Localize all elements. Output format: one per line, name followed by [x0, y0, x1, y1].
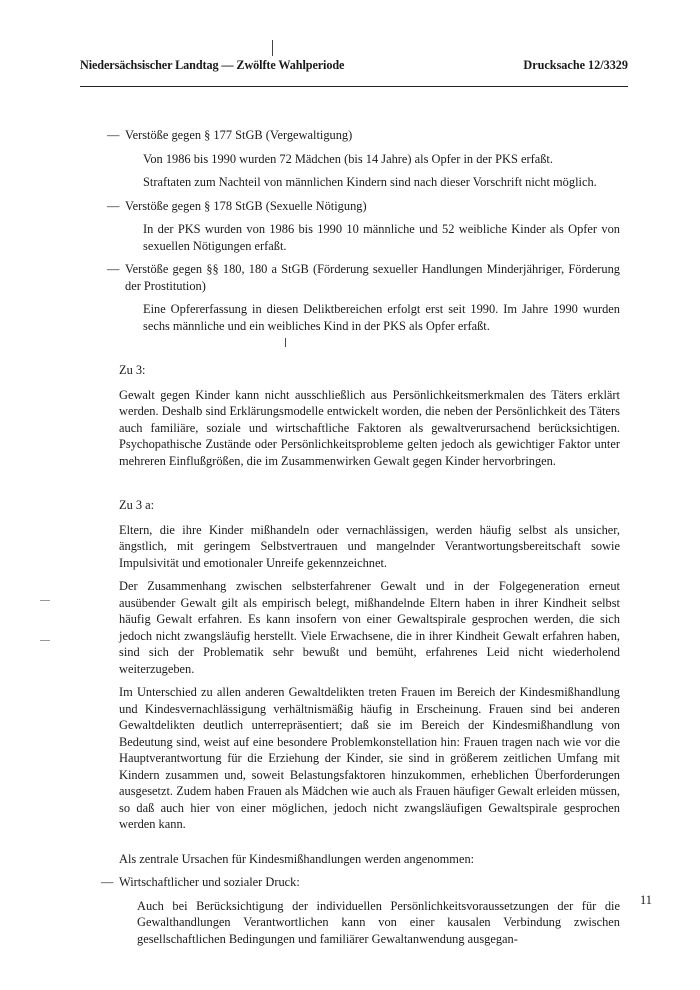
paragraph: Von 1986 bis 1990 wurden 72 Mädchen (bis…	[125, 151, 620, 168]
list-item-177: — Verstöße gegen § 177 StGB (Vergewaltig…	[107, 127, 620, 144]
list-item-heading: Verstöße gegen § 177 StGB (Vergewaltigun…	[125, 127, 620, 144]
section-heading-zu-3: Zu 3:	[119, 362, 620, 379]
scan-artifact-mark	[272, 40, 273, 56]
list-item-180: — Verstöße gegen §§ 180, 180 a StGB (För…	[107, 261, 620, 294]
paragraph: In der PKS wurden von 1986 bis 1990 10 m…	[125, 221, 620, 254]
margin-mark	[40, 600, 50, 601]
list-item-178: — Verstöße gegen § 178 StGB (Sexuelle Nö…	[107, 198, 620, 215]
paragraph: Im Unterschied zu allen anderen Gewaltde…	[119, 684, 620, 833]
causes-intro: Als zentrale Ursachen für Kindesmißhandl…	[119, 851, 620, 868]
header-rule	[80, 86, 628, 87]
dash-bullet: —	[107, 261, 119, 278]
list-item-heading: Wirtschaftlicher und sozialer Druck:	[119, 874, 620, 891]
list-item-heading: Verstöße gegen §§ 180, 180 a StGB (Förde…	[125, 261, 620, 294]
paragraph: Gewalt gegen Kinder kann nicht ausschlie…	[119, 387, 620, 470]
dash-bullet: —	[107, 198, 119, 215]
list-item-economic-pressure: — Wirtschaftlicher und sozialer Druck:	[101, 874, 620, 891]
page-header: Niedersächsischer Landtag — Zwölfte Wahl…	[80, 58, 628, 78]
paragraph: Eltern, die ihre Kinder mißhandeln oder …	[119, 522, 620, 572]
paragraph: Auch bei Berücksichtigung der individuel…	[119, 898, 620, 948]
list-item-heading: Verstöße gegen § 178 StGB (Sexuelle Nöti…	[125, 198, 620, 215]
scan-artifact-mark	[285, 338, 286, 347]
document-number: Drucksache 12/3329	[523, 58, 628, 73]
paragraph: Straftaten zum Nachteil von männlichen K…	[125, 174, 620, 191]
paragraph: Der Zusammenhang zwischen selbsterfahren…	[119, 578, 620, 677]
dash-bullet: —	[107, 127, 119, 144]
page-number: 11	[640, 893, 652, 908]
header-title: Niedersächsischer Landtag — Zwölfte Wahl…	[80, 58, 344, 73]
paragraph: Eine Opfererfassung in diesen Deliktbere…	[125, 301, 620, 334]
section-heading-zu-3a: Zu 3 a:	[119, 497, 620, 514]
dash-bullet: —	[101, 874, 113, 891]
margin-mark	[40, 640, 50, 641]
document-body: — Verstöße gegen § 177 StGB (Vergewaltig…	[125, 127, 620, 947]
